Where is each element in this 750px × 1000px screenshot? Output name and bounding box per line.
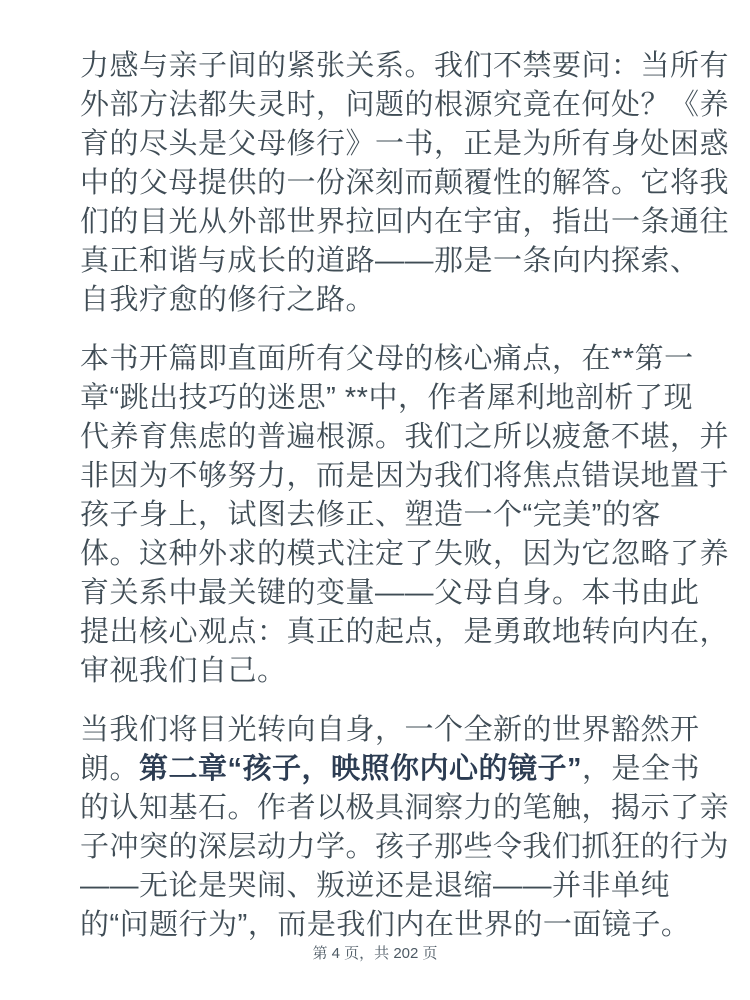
text-segment: 当我们将目光转向自身，一个全新的世界豁然开 [80,714,700,746]
text-segment: ，是全书 [582,753,700,785]
text-segment: 们的目光从外部世界拉回内在宇宙，指出一条通往 [80,206,729,238]
text-line: 育关系中最关键的变量——父母自身。本书由此 [80,574,690,613]
text-segment: ——无论是哭闹、叛逆还是退缩——并非单纯 [80,870,670,902]
bold-chapter-title: 第二章“孩子，映照你内心的镜子” [139,753,582,785]
text-segment: 自我疗愈的修行之路。 [80,284,375,316]
text-segment: 育的尽头是父母修行》一书，正是为所有身处困惑 [80,128,729,160]
text-segment: 非因为不够努力，而是因为我们将焦点错误地置于 [80,460,729,492]
text-line: 子冲突的深层动力学。孩子那些令我们抓狂的行为 [80,828,690,867]
text-segment: 孩子身上，试图去修正、塑造一个“完美”的客 [80,499,661,531]
text-segment: 真正和谐与成长的道路——那是一条向内探索、 [80,245,700,277]
text-line: 真正和谐与成长的道路——那是一条向内探索、 [80,242,690,281]
text-line: 章“跳出技巧的迷思” **中，作者犀利地剖析了现 [80,379,690,418]
text-line: 的“问题行为”，而是我们内在世界的一面镜子。 [80,906,690,945]
text-segment: 中的父母提供的一份深刻而颠覆性的解答。它将我 [80,167,729,199]
text-line: 中的父母提供的一份深刻而颠覆性的解答。它将我 [80,164,690,203]
document-page: 力感与亲子间的紧张关系。我们不禁要问：当所有外部方法都失灵时，问题的根源究竟在何… [0,0,750,1000]
text-line: 自我疗愈的修行之路。 [80,281,690,320]
paragraph: 当我们将目光转向自身，一个全新的世界豁然开朗。第二章“孩子，映照你内心的镜子”，… [80,711,690,945]
text-segment: 力感与亲子间的紧张关系。我们不禁要问：当所有 [80,50,729,82]
text-line: 力感与亲子间的紧张关系。我们不禁要问：当所有 [80,47,690,86]
text-segment: 的认知基石。作者以极具洞察力的笔触，揭示了亲 [80,792,729,824]
text-segment: 体。这种外求的模式注定了失败，因为它忽略了养 [80,538,729,570]
text-line: 代养育焦虑的普遍根源。我们之所以疲惫不堪，并 [80,418,690,457]
text-segment: 朗。 [80,753,139,785]
text-segment: 审视我们自己。 [80,655,287,687]
text-line: 们的目光从外部世界拉回内在宇宙，指出一条通往 [80,203,690,242]
text-line: 孩子身上，试图去修正、塑造一个“完美”的客 [80,496,690,535]
text-line: 非因为不够努力，而是因为我们将焦点错误地置于 [80,457,690,496]
text-line: 本书开篇即直面所有父母的核心痛点，在**第一 [80,340,690,379]
text-line: 提出核心观点：真正的起点，是勇敢地转向内在， [80,613,690,652]
text-segment: 育关系中最关键的变量——父母自身。本书由此 [80,577,700,609]
page-number-footer: 第 4 页，共 202 页 [0,944,750,964]
text-line: 审视我们自己。 [80,652,690,691]
text-line: 的认知基石。作者以极具洞察力的笔触，揭示了亲 [80,789,690,828]
text-line: 外部方法都失灵时，问题的根源究竟在何处？《养 [80,86,690,125]
text-segment: 章“跳出技巧的迷思” **中，作者犀利地剖析了现 [80,382,693,414]
paragraph: 力感与亲子间的紧张关系。我们不禁要问：当所有外部方法都失灵时，问题的根源究竟在何… [80,47,690,320]
text-line: 当我们将目光转向自身，一个全新的世界豁然开 [80,711,690,750]
paragraph: 本书开篇即直面所有父母的核心痛点，在**第一章“跳出技巧的迷思” **中，作者犀… [80,340,690,691]
text-line: 体。这种外求的模式注定了失败，因为它忽略了养 [80,535,690,574]
text-segment: 代养育焦虑的普遍根源。我们之所以疲惫不堪，并 [80,421,729,453]
document-body: 力感与亲子间的紧张关系。我们不禁要问：当所有外部方法都失灵时，问题的根源究竟在何… [80,47,690,965]
text-segment: 子冲突的深层动力学。孩子那些令我们抓狂的行为 [80,831,729,863]
text-line: ——无论是哭闹、叛逆还是退缩——并非单纯 [80,867,690,906]
text-segment: 本书开篇即直面所有父母的核心痛点，在**第一 [80,343,694,375]
text-line: 朗。第二章“孩子，映照你内心的镜子”，是全书 [80,750,690,789]
text-segment: 外部方法都失灵时，问题的根源究竟在何处？《养 [80,89,729,121]
text-line: 育的尽头是父母修行》一书，正是为所有身处困惑 [80,125,690,164]
text-segment: 提出核心观点：真正的起点，是勇敢地转向内在， [80,616,729,648]
text-segment: 的“问题行为”，而是我们内在世界的一面镜子。 [80,909,690,941]
